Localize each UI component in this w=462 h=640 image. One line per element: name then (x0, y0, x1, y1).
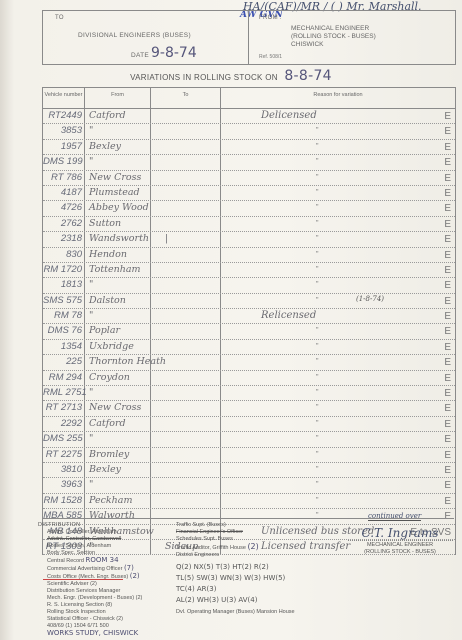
to-garage (151, 201, 221, 215)
reason-text: " (316, 417, 319, 431)
traffic-item: Schedules Supt. Buses (176, 536, 295, 543)
from-garage: Tottenham (85, 263, 151, 277)
from-garage: Poplar (85, 324, 151, 338)
traffic-item: District Engineers (176, 552, 295, 559)
distribution-item: Distribution Services Manager (38, 588, 142, 595)
distribution-item: Mech. Engr. (Development - Buses) (2) (38, 595, 142, 602)
table-row: RML 2751""E (43, 386, 455, 401)
from-garage: Plumstead (85, 186, 151, 200)
document-page: HA/(CAF)/MR / ( ) Mr. Marshall. AW GVN T… (0, 0, 462, 640)
reason-text: " (316, 355, 319, 369)
reason-text: " (316, 432, 319, 446)
reason-text: " (316, 448, 319, 462)
table-row: RM 294Croydon"E (43, 371, 455, 386)
from-line: (ROLLING STOCK - BUSES) (291, 33, 376, 41)
category-code: E (444, 218, 451, 232)
distribution-item-text: Central Record (47, 558, 84, 564)
distribution-item-text: Commercial Advertising Officer (47, 566, 122, 572)
category-code: E (444, 110, 451, 124)
distribution-heading: DISTRIBUTION (38, 522, 142, 529)
date-label: DATE (131, 52, 149, 59)
reason-text: " (316, 140, 319, 154)
category-code: E (444, 387, 451, 401)
traffic-item: Traffic Auditor, Griffith House (2) (176, 543, 295, 552)
table-row: 4187Plumstead"E (43, 186, 455, 201)
reason-text: " (316, 248, 319, 262)
vehicle-number: 4726 (43, 201, 85, 215)
vehicle-number: RT 2275 (43, 448, 85, 462)
reason-cell: "E (221, 201, 455, 215)
reason-text: " (316, 494, 319, 508)
to-garage (151, 124, 221, 138)
vehicle-number: 3810 (43, 463, 85, 477)
to-garage (151, 140, 221, 154)
vehicle-number: RM 1528 (43, 494, 85, 508)
from-garage: Catford (85, 109, 151, 123)
distribution-item-text: R. S. Licensing Section (8) (47, 602, 112, 608)
reason-text: " (316, 463, 319, 477)
to-garage (151, 155, 221, 169)
reason-cell: "E (221, 217, 455, 231)
to-section: TO DIVISIONAL ENGINEERS (BUSES) DATE 9-8… (43, 11, 249, 64)
to-garage (151, 340, 221, 354)
continued-over-note: continued over (368, 512, 421, 521)
to-garage (151, 248, 221, 262)
reason-cell: "E (221, 494, 455, 508)
red-underline-mark (43, 579, 123, 580)
from-garage: " (85, 432, 151, 446)
to-garage (151, 386, 221, 400)
category-code: E (444, 202, 451, 216)
reason-cell: RelicensedE (221, 309, 455, 323)
category-code: E (444, 172, 451, 186)
vehicle-number: RML 2751 (43, 386, 85, 400)
district-code-line: TC(4) AR(3) (176, 584, 295, 595)
to-garage (151, 217, 221, 231)
reason-cell: DelicensedE (221, 109, 455, 123)
to-garage (151, 355, 221, 369)
table-row: 2292Catford"E (43, 417, 455, 432)
category-code: E (444, 372, 451, 386)
reason-cell: "E (221, 155, 455, 169)
reason-text: " (316, 124, 319, 138)
to-garage (151, 186, 221, 200)
title-date: 8-8-74 (284, 68, 332, 84)
reason-cell: "E (221, 232, 455, 246)
from-section: FROM : MECHANICAL ENGINEER (ROLLING STOC… (249, 11, 455, 64)
distribution-item: Scientific Adviser (2) (38, 581, 142, 588)
table-body: RT2449CatfordDelicensedE3853""E1957Bexle… (43, 109, 455, 555)
category-code: E (444, 141, 451, 155)
from-garage: " (85, 155, 151, 169)
vehicle-number: DMS 199 (43, 155, 85, 169)
title-text: VARIATIONS IN ROLLING STOCK ON (130, 73, 278, 82)
district-code-line: Q(2) NX(5) T(3) HT(2) R(2) (176, 562, 295, 573)
category-code: E (444, 449, 451, 463)
reason-cell: "E (221, 263, 455, 277)
table-row: RM 1720Tottenham"E (43, 263, 455, 278)
distribution-item-text: Advtnt. Controller, Camberwell (47, 536, 121, 542)
distribution-item-text: Advtnt. Controller, Aldenham (47, 529, 117, 535)
traffic-item-text: Schedules Supt. Buses (176, 536, 233, 542)
district-code-line: AL(2) WH(3) U(3) AV(4) (176, 595, 295, 606)
table-row: SMS 575Dalston"(1-8-74)E (43, 294, 455, 309)
table-row: RM 1528Peckham"E (43, 494, 455, 509)
vehicle-number: 1354 (43, 340, 85, 354)
column-header-to: To (151, 88, 221, 108)
from-garage: New Cross (85, 171, 151, 185)
distribution-handnote: ROOM 34 (86, 556, 119, 564)
from-garage: Sutton (85, 217, 151, 231)
traffic-item: Financial Engineer's Officer (176, 529, 295, 536)
distribution-item-text: Mech. Engr. (Development - Buses) (2) (47, 595, 142, 601)
table-row: 3963""E (43, 478, 455, 493)
reason-cell: "E (221, 463, 455, 477)
from-garage: Bromley (85, 448, 151, 462)
distribution-item-text: Distribution Services Manager (47, 588, 120, 594)
vehicle-number: 830 (43, 248, 85, 262)
table-row: 2318Wandsworth|"E (43, 232, 455, 247)
reason-cell: "E (221, 478, 455, 492)
reason-text: " (316, 171, 319, 185)
reason-cell: "E (221, 432, 455, 446)
category-code: E (444, 295, 451, 309)
reason-text: " (316, 186, 319, 200)
reason-text: " (316, 386, 319, 400)
category-code: E (444, 233, 451, 247)
signature-block: C.T. Ingrams MECHANICAL ENGINEER (ROLLIN… (340, 524, 460, 556)
vehicle-number: 1957 (43, 140, 85, 154)
traffic-item-text: Traffic Supt. (Buses) (176, 522, 226, 528)
category-code: E (444, 156, 451, 170)
from-garage: Uxbridge (85, 340, 151, 354)
distribution-item: Advtnt. Controller, Camberwell (38, 536, 142, 543)
reason-cell: "(1-8-74)E (221, 294, 455, 308)
traffic-footer: Dvl. Operating Manager (Buses) Mansion H… (176, 609, 295, 616)
category-code: E (444, 187, 451, 201)
traffic-items: Traffic Supt. (Buses)Financial Engineer'… (176, 522, 295, 559)
reason-cell: "E (221, 124, 455, 138)
vehicle-number: 225 (43, 355, 85, 369)
from-garage: " (85, 124, 151, 138)
to-garage (151, 417, 221, 431)
page-title: VARIATIONS IN ROLLING STOCK ON 8-8-74 (0, 68, 462, 84)
from-garage: Croydon (85, 371, 151, 385)
district-code-line: TL(5) SW(3) WN(3) W(3) HW(5) (176, 573, 295, 584)
reason-cell: "E (221, 448, 455, 462)
category-code: E (444, 402, 451, 416)
distribution-item-text: Scientific Adviser (2) (47, 581, 97, 587)
vehicle-number: SMS 575 (43, 294, 85, 308)
reason-cell: "E (221, 417, 455, 431)
category-code: E (444, 418, 451, 432)
from-garage: " (85, 478, 151, 492)
reason-text: " (316, 294, 319, 308)
signature-title-line: MECHANICAL ENGINEER (340, 542, 460, 549)
reason-text: " (316, 155, 319, 169)
table-row: 3810Bexley"E (43, 463, 455, 478)
reason-text: " (316, 201, 319, 215)
vehicle-number: RT 2713 (43, 401, 85, 415)
to-garage (151, 494, 221, 508)
vehicle-number: 2762 (43, 217, 85, 231)
from-garage: Bexley (85, 140, 151, 154)
reason-cell: "E (221, 278, 455, 292)
from-garage: Thornton Heath (85, 355, 151, 369)
category-code: E (444, 125, 451, 139)
from-label: FROM : (259, 15, 282, 21)
vehicle-number: RM 294 (43, 371, 85, 385)
table-row: RT 2275Bromley"E (43, 448, 455, 463)
table-row: 1813""E (43, 278, 455, 293)
signature-title-line: (ROLLING STOCK - BUSES) (340, 549, 460, 556)
reason-text: " (316, 509, 319, 523)
from-line: CHISWICK (291, 41, 376, 49)
reason-cell: "E (221, 371, 455, 385)
table-row: 1354Uxbridge"E (43, 340, 455, 355)
vehicle-number: 2292 (43, 417, 85, 431)
reason-text: " (316, 401, 319, 415)
category-code: E (444, 356, 451, 370)
from-garage: " (85, 278, 151, 292)
from-garage: Abbey Wood (85, 201, 151, 215)
from-sender: MECHANICAL ENGINEER (ROLLING STOCK - BUS… (291, 25, 376, 49)
vehicle-number: DMS 255 (43, 432, 85, 446)
distribution-handnote: (7) (124, 564, 134, 572)
traffic-item-text: District Engineers (176, 552, 219, 558)
vehicle-number: 1813 (43, 278, 85, 292)
category-code: E (444, 479, 451, 493)
distribution-item-text: Bodies Section, Aldenham (47, 543, 111, 549)
table-row: RT 2713New Cross"E (43, 401, 455, 416)
reason-text: " (316, 217, 319, 231)
to-garage (151, 448, 221, 462)
column-header-vehicle: Vehicle number (43, 88, 85, 108)
distribution-item: Advtnt. Controller, Aldenham (38, 529, 142, 536)
from-garage: Catford (85, 417, 151, 431)
to-recipient: DIVISIONAL ENGINEERS (BUSES) (78, 32, 191, 39)
table-row: RM 78"RelicensedE (43, 309, 455, 324)
category-code: E (444, 279, 451, 293)
table-row: 4726Abbey Wood"E (43, 201, 455, 216)
distribution-item: R. S. Licensing Section (8) (38, 602, 142, 609)
from-garage: " (85, 309, 151, 323)
table-bottom-rule (42, 518, 454, 519)
to-label: TO (55, 15, 64, 21)
table-header: Vehicle number From To Reason for variat… (43, 88, 455, 109)
reason-text: " (316, 371, 319, 385)
traffic-item-text: Financial Engineer's Officer (176, 529, 243, 535)
to-garage (151, 478, 221, 492)
district-codes: Q(2) NX(5) T(3) HT(2) R(2)TL(5) SW(3) WN… (176, 562, 295, 606)
table-row: 830Hendon"E (43, 248, 455, 263)
reason-text: " (316, 324, 319, 338)
to-garage (151, 109, 221, 123)
column-header-reason: Reason for variation (221, 88, 455, 108)
table-row: 225Thornton Heath"E (43, 355, 455, 370)
reason-cell: "E (221, 248, 455, 262)
to-garage (151, 324, 221, 338)
reason-cell: "E (221, 340, 455, 354)
vehicle-number: DMS 76 (43, 324, 85, 338)
table-row: 1957Bexley"E (43, 140, 455, 155)
category-code: E (444, 310, 451, 324)
category-code: E (444, 464, 451, 478)
memo-header: TO DIVISIONAL ENGINEERS (BUSES) DATE 9-8… (42, 10, 456, 65)
to-garage (151, 371, 221, 385)
reason-note: (1-8-74) (356, 292, 384, 306)
category-code: E (444, 341, 451, 355)
from-garage: " (85, 386, 151, 400)
category-code: E (444, 325, 451, 339)
variations-table: Vehicle number From To Reason for variat… (42, 87, 456, 555)
category-code: E (444, 433, 451, 447)
category-code: E (444, 249, 451, 263)
reason-cell: "E (221, 171, 455, 185)
distribution-item: Bodies Section, Aldenham (38, 543, 142, 550)
table-row: DMS 255""E (43, 432, 455, 447)
reason-text: " (316, 340, 319, 354)
reason-cell: "E (221, 355, 455, 369)
distribution-item-text: Rolling Stock Inspection (47, 609, 106, 615)
to-garage (151, 171, 221, 185)
vehicle-number: RT 786 (43, 171, 85, 185)
from-garage: New Cross (85, 401, 151, 415)
memo-date: 9-8-74 (151, 45, 197, 61)
to-garage: | (151, 232, 221, 246)
vehicle-number: RM 78 (43, 309, 85, 323)
traffic-item: Traffic Supt. (Buses) (176, 522, 295, 529)
vehicle-number: 3963 (43, 478, 85, 492)
reference-number: Ref. 508/1 (259, 54, 282, 60)
to-garage (151, 278, 221, 292)
to-garage (151, 294, 221, 308)
reason-text: " (316, 232, 319, 246)
to-garage (151, 401, 221, 415)
from-garage: Peckham (85, 494, 151, 508)
to-garage (151, 309, 221, 323)
reason-cell: "E (221, 324, 455, 338)
reason-text: Delicensed (261, 109, 317, 123)
to-garage (151, 263, 221, 277)
distribution-handnote: (2) (130, 572, 140, 580)
reason-cell: "E (221, 386, 455, 400)
table-row: RT 786New Cross"E (43, 171, 455, 186)
to-garage (151, 463, 221, 477)
reason-text: " (316, 278, 319, 292)
traffic-distribution: Traffic Supt. (Buses)Financial Engineer'… (176, 522, 295, 616)
table-row: 3853""E (43, 124, 455, 139)
from-garage: Bexley (85, 463, 151, 477)
reason-text: Relicensed (261, 309, 316, 323)
category-code: E (444, 495, 451, 509)
table-row: DMS 76Poplar"E (43, 324, 455, 339)
vehicle-number: 2318 (43, 232, 85, 246)
reason-cell: "E (221, 186, 455, 200)
table-row: DMS 199""E (43, 155, 455, 170)
from-garage: Hendon (85, 248, 151, 262)
reason-cell: "E (221, 140, 455, 154)
distribution-handwritten-footer: WORKS STUDY, CHISWICK (38, 630, 142, 637)
reason-cell: "E (221, 401, 455, 415)
to-garage (151, 432, 221, 446)
from-garage: Wandsworth (85, 232, 151, 246)
distribution-item: Rolling Stock Inspection (38, 609, 142, 616)
reason-text: " (316, 263, 319, 277)
traffic-handnote: (2) (247, 542, 258, 551)
vehicle-number: 4187 (43, 186, 85, 200)
column-header-from: From (85, 88, 151, 108)
table-row: 2762Sutton"E (43, 217, 455, 232)
distribution-item: Statistical Officer - Chiswick (2) (38, 616, 142, 623)
from-line: MECHANICAL ENGINEER (291, 25, 376, 33)
vehicle-number: 3853 (43, 124, 85, 138)
signature: C.T. Ingrams (348, 526, 453, 541)
distribution-item-text: Statistical Officer - Chiswick (2) (47, 616, 123, 622)
reason-text: " (316, 478, 319, 492)
vehicle-number: RT2449 (43, 109, 85, 123)
traffic-item-text: Traffic Auditor, Griffith House (176, 545, 246, 551)
from-garage: Dalston (85, 294, 151, 308)
table-row: RT2449CatfordDelicensedE (43, 109, 455, 124)
vehicle-number: RM 1720 (43, 263, 85, 277)
distribution-item: Commercial Advertising Officer (7) (38, 565, 142, 573)
category-code: E (444, 264, 451, 278)
